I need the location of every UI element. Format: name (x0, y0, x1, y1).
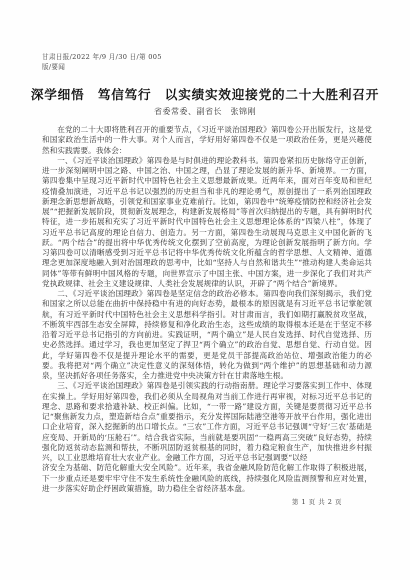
article-title: 深学细悟 笃信笃行 以实绩实效迎接党的二十大胜利召开 (0, 84, 410, 103)
article-byline: 省委常委、副省长 张锦刚 (0, 106, 410, 117)
publication-meta-line1: 甘肃日报/2022 年/9 月/30 日/第 005 (42, 52, 162, 62)
paragraph-continuation: 济安全为基础、防范化解重大安全风险”。近年来，我省金融风险防范化解工作取得了积极… (42, 463, 372, 494)
paragraph-section-1: 一、《习近平谈治国理政》第四卷是与时俱进的理论教科书。第四卷紧扣历史脉络守正创新… (42, 156, 372, 289)
paragraph-section-3: 三、《习近平谈治国理政》第四卷是引领实践的行动指南册。理论学习要落实到工作中、体… (42, 381, 372, 463)
page-number-footer: 第 1 页 共 2 页 (292, 497, 342, 506)
publication-meta-line2: 版/要闻 (42, 62, 162, 72)
paragraph-section-2: 二、《习近平谈治国理政》第四卷是坚定信念的政治必修本。第四卷向我们深刻揭示，我们… (42, 289, 372, 381)
publication-meta: 甘肃日报/2022 年/9 月/30 日/第 005 版/要闻 (42, 52, 162, 72)
newspaper-article-page: 甘肃日报/2022 年/9 月/30 日/第 005 版/要闻 深学细悟 笃信笃… (0, 0, 410, 580)
article-body: 在党的二十大即将胜利召开的重要节点，《习近平谈治国理政》第四卷公开出版发行，这是… (42, 125, 372, 494)
paragraph-intro: 在党的二十大即将胜利召开的重要节点，《习近平谈治国理政》第四卷公开出版发行，这是… (42, 125, 372, 156)
